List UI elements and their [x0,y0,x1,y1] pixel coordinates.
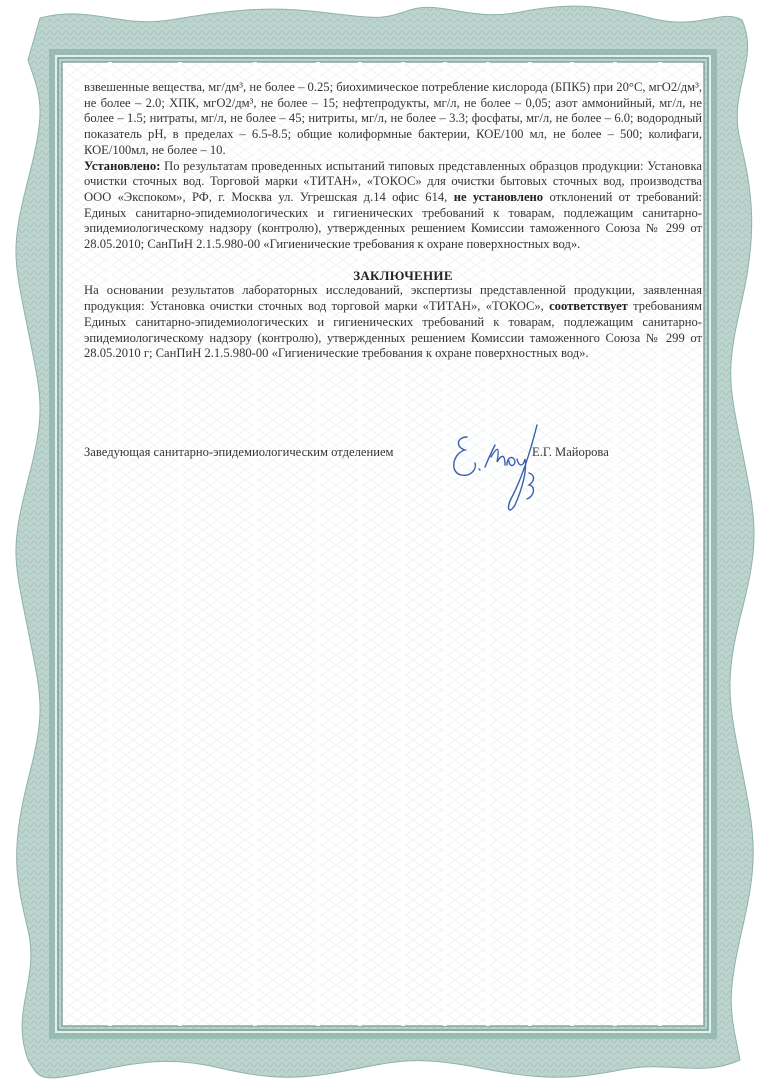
signatory-role: Заведующая санитарно-эпидемиологическим … [84,445,394,460]
established-paragraph: Установлено: По результатам проведенных … [84,159,702,253]
conclusion-title: ЗАКЛЮЧЕНИЕ [84,268,702,284]
document-body: взвешенные вещества, мг/дм³, не более – … [84,80,702,362]
handwritten-signature [445,417,565,517]
established-label: Установлено: [84,159,160,173]
quality-parameters-paragraph: взвешенные вещества, мг/дм³, не более – … [84,80,702,159]
complies-emphasis: соответствует [549,299,628,313]
not-established-emphasis: не установлено [454,190,543,204]
conclusion-paragraph: На основании результатов лабораторных ис… [84,283,702,362]
